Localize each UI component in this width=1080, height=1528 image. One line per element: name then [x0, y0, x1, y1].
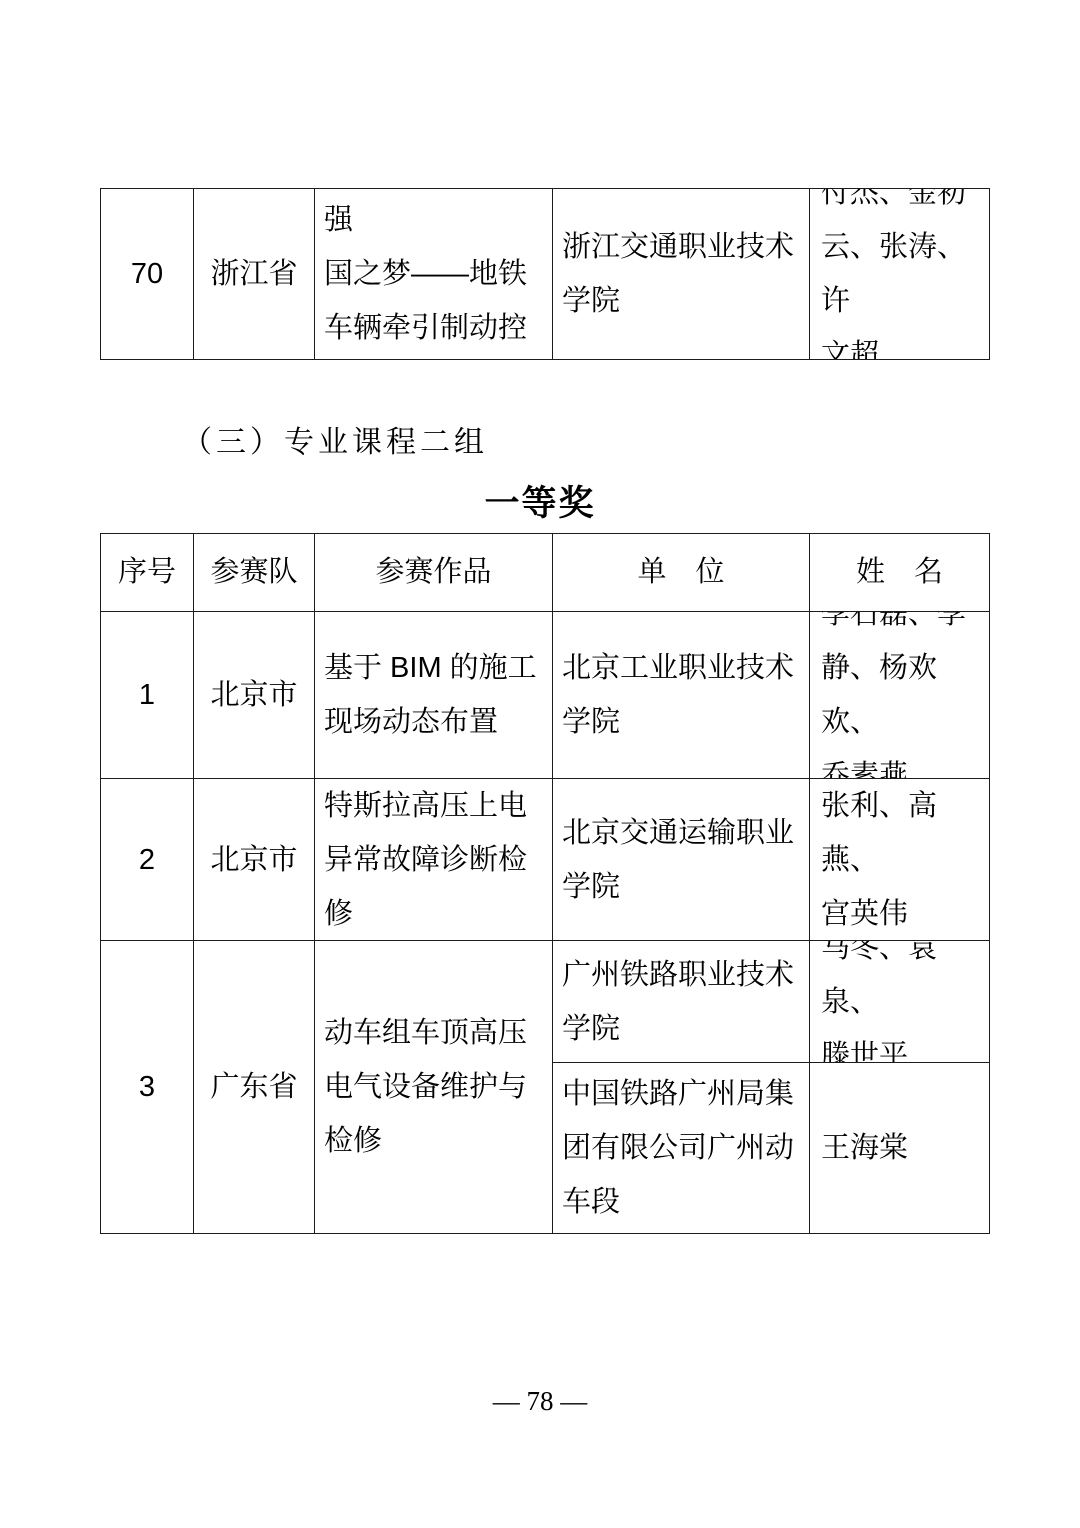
table-row: 2 北京市 特斯拉高压上电 异常故障诊断检 修 北京交通运输职业 学院 张利、高…: [101, 778, 989, 940]
document-page: 70 浙江省 守地铁根基 筑强 国之梦——地铁 车辆牵引制动控制 浙江交通职业技…: [0, 0, 1080, 1528]
cell-names: 付杰、金初 云、张涛、许 文超: [809, 189, 989, 359]
table-header-row: 序号 参赛队 参赛作品 单 位 姓 名: [101, 534, 989, 611]
cell-names: 李石磊、李 静、杨欢欢、 乔素燕: [809, 612, 989, 778]
team-value: 广东省: [210, 1060, 297, 1114]
award-results-table: 序号 参赛队 参赛作品 单 位 姓 名 1 北京市 基于 BIM 的施: [100, 533, 990, 1234]
serial-value: 3: [139, 1060, 155, 1114]
cell-serial: 2: [101, 779, 193, 940]
table-subrow: 广州铁路职业技术 学院 马冬、袁泉、 滕世平: [553, 941, 989, 1062]
cell-unit: 北京交通运输职业 学院: [552, 779, 809, 940]
work-value: 特斯拉高压上电 异常故障诊断检 修: [324, 779, 527, 940]
cell-unit: 广州铁路职业技术 学院: [553, 941, 809, 1062]
cell-names: 张利、高燕、 宫英伟: [809, 779, 989, 940]
cell-team: 北京市: [193, 779, 314, 940]
table-subrow: 中国铁路广州局集 团有限公司广州动 车段 王海棠: [553, 1062, 989, 1233]
header-cell-unit: 单 位: [552, 534, 809, 611]
header-cell-serial: 序号: [101, 534, 193, 611]
header-cell-names: 姓 名: [809, 534, 989, 611]
unit-value: 浙江交通职业技术 学院: [562, 220, 794, 328]
serial-value: 2: [139, 833, 155, 887]
award-title: 一等奖: [0, 484, 1080, 524]
unit-value: 北京交通运输职业 学院: [562, 806, 794, 914]
header-serial-label: 序号: [118, 534, 176, 611]
header-team-label: 参赛队: [210, 534, 297, 611]
header-names-label: 姓 名: [856, 534, 943, 611]
team-value: 北京市: [210, 668, 297, 722]
names-value: 张利、高燕、 宫英伟: [821, 779, 985, 940]
cell-work: 守地铁根基 筑强 国之梦——地铁 车辆牵引制动控制: [314, 189, 552, 359]
header-unit-label: 单 位: [637, 534, 724, 611]
cell-unit: 北京工业职业技术 学院: [552, 612, 809, 778]
work-value: 动车组车顶高压 电气设备维护与 检修: [324, 1006, 527, 1168]
split-cell-group: 广州铁路职业技术 学院 马冬、袁泉、 滕世平 中国铁路广州局集 团有限公司广州动…: [552, 941, 989, 1233]
page-number: — 78 —: [0, 1384, 1080, 1418]
cell-work: 动车组车顶高压 电气设备维护与 检修: [314, 941, 552, 1233]
cell-work: 基于 BIM 的施工 现场动态布置: [314, 612, 552, 778]
names-value: 李石磊、李 静、杨欢欢、 乔素燕: [821, 612, 985, 778]
work-value: 守地铁根基 筑强 国之梦——地铁 车辆牵引制动控制: [324, 189, 546, 359]
header-work-label: 参赛作品: [375, 534, 491, 611]
section-heading: （三）专业课程二组: [182, 424, 488, 462]
cell-serial: 1: [101, 612, 193, 778]
table-row: 3 广东省 动车组车顶高压 电气设备维护与 检修 广州铁路职业技术 学院 马冬、…: [101, 940, 989, 1233]
cell-serial: 70: [101, 189, 193, 359]
unit-value: 广州铁路职业技术 学院: [562, 948, 794, 1056]
names-value: 付杰、金初 云、张涛、许 文超: [821, 189, 985, 359]
cell-names: 王海棠: [809, 1063, 989, 1233]
names-value: 王海棠: [821, 1121, 908, 1175]
cell-unit: 浙江交通职业技术 学院: [552, 189, 809, 359]
serial-value: 1: [139, 668, 155, 722]
cell-work: 特斯拉高压上电 异常故障诊断检 修: [314, 779, 552, 940]
team-value: 浙江省: [210, 247, 297, 301]
table-row: 70 浙江省 守地铁根基 筑强 国之梦——地铁 车辆牵引制动控制 浙江交通职业技…: [101, 189, 989, 359]
cell-team: 广东省: [193, 941, 314, 1233]
serial-value: 70: [131, 247, 163, 301]
unit-value: 北京工业职业技术 学院: [562, 641, 794, 749]
team-value: 北京市: [210, 833, 297, 887]
work-value: 基于 BIM 的施工 现场动态布置: [324, 641, 537, 749]
cell-names: 马冬、袁泉、 滕世平: [809, 941, 989, 1062]
unit-value: 中国铁路广州局集 团有限公司广州动 车段: [562, 1067, 794, 1229]
header-cell-team: 参赛队: [193, 534, 314, 611]
table-row: 1 北京市 基于 BIM 的施工 现场动态布置 北京工业职业技术 学院 李石磊、…: [101, 611, 989, 778]
continued-results-table: 70 浙江省 守地铁根基 筑强 国之梦——地铁 车辆牵引制动控制 浙江交通职业技…: [100, 188, 990, 360]
cell-serial: 3: [101, 941, 193, 1233]
names-value: 马冬、袁泉、 滕世平: [821, 941, 985, 1062]
cell-team: 浙江省: [193, 189, 314, 359]
cell-unit: 中国铁路广州局集 团有限公司广州动 车段: [553, 1063, 809, 1233]
cell-team: 北京市: [193, 612, 314, 778]
header-cell-work: 参赛作品: [314, 534, 552, 611]
